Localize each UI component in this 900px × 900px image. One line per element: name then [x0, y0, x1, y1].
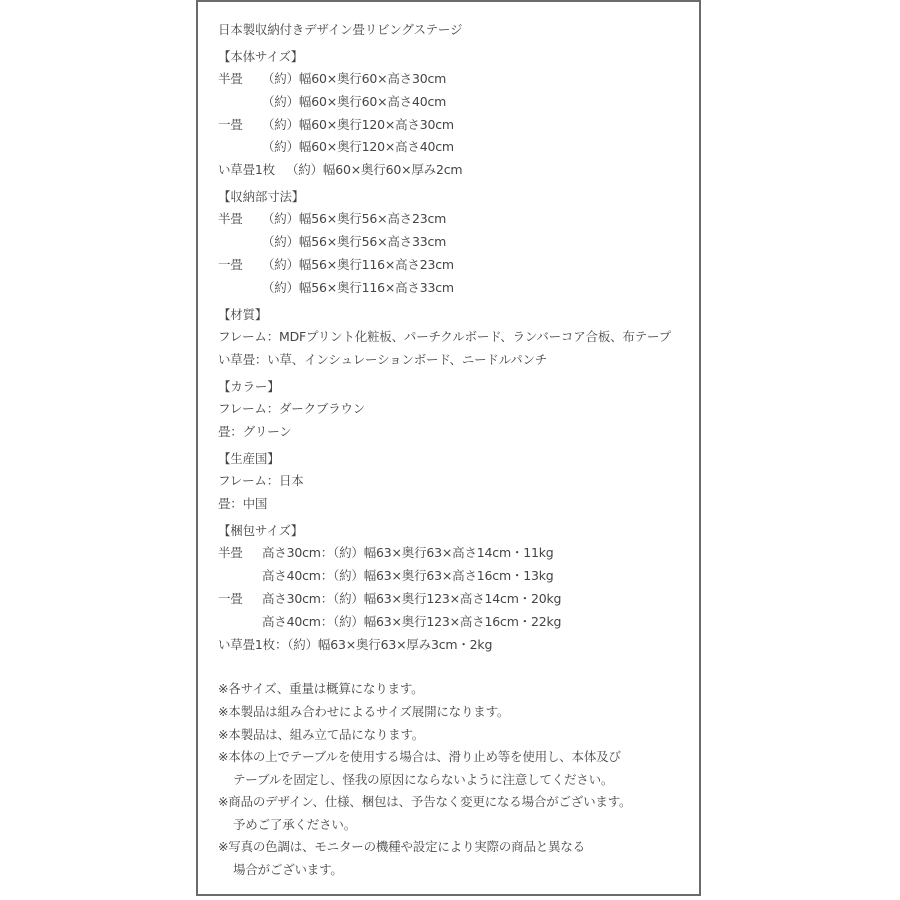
spec-row-value: （約）幅56×奥行116×高さ33cm: [262, 280, 454, 296]
note: ※各サイズ、重量は概算になります。: [218, 681, 423, 697]
note-continuation: テーブルを固定し、怪我の原因にならないように注意してください。: [233, 772, 613, 788]
spec-row-value: 高さ30cm：（約）幅63×奥行63×高さ14cm・11kg: [262, 545, 554, 561]
spec-row-value: 高さ40cm：（約）幅63×奥行63×高さ16cm・13kg: [262, 568, 554, 584]
spec-row-label: 一畳: [218, 257, 243, 273]
spec-row-value: 高さ30cm：（約）幅63×奥行123×高さ14cm・20kg: [262, 591, 561, 607]
section-heading-material: 【材質】: [218, 307, 267, 323]
spec-row-label: 半畳: [218, 211, 243, 227]
material-frame: フレーム：MDFプリント化粧板、パーチクルボード、ランバーコア合板、布テープ: [218, 329, 671, 345]
note-continuation: 予めご了承ください。: [233, 817, 356, 833]
spec-row-label: 一畳: [218, 117, 243, 133]
spec-row-value: （約）幅56×奥行56×高さ23cm: [262, 211, 446, 227]
spec-row-label: 半畳: [218, 71, 243, 87]
spec-row-value: い草畳1枚：（約）幅63×奥行63×厚み3cm・2kg: [218, 637, 492, 653]
section-heading-body-size: 【本体サイズ】: [218, 49, 303, 65]
origin-frame: フレーム：日本: [218, 473, 304, 489]
note: ※本製品は、組み立て品になります。: [218, 727, 424, 743]
section-heading-origin: 【生産国】: [218, 451, 280, 467]
spec-row-label: 一畳: [218, 591, 243, 607]
spec-row-value: （約）幅60×奥行60×高さ30cm: [262, 71, 446, 87]
spec-row-label: 半畳: [218, 545, 243, 561]
spec-row-value: （約）幅56×奥行116×高さ23cm: [262, 257, 454, 273]
spec-row-value: （約）幅60×奥行60×高さ40cm: [262, 94, 446, 110]
spec-row-value: （約）幅60×奥行120×高さ40cm: [262, 139, 454, 155]
color-frame: フレーム：ダークブラウン: [218, 401, 365, 417]
section-heading-package-size: 【梱包サイズ】: [218, 523, 303, 539]
note: ※写真の色調は、モニターの機種や設定により実際の商品と異なる: [218, 839, 585, 855]
spec-row-value: （約）幅60×奥行120×高さ30cm: [262, 117, 454, 133]
spec-row-value: （約）幅60×奥行60×厚み2cm: [286, 162, 462, 178]
note: ※本体の上でテーブルを使用する場合は、滑り止め等を使用し、本体及び: [218, 749, 621, 765]
section-heading-color: 【カラー】: [218, 379, 280, 395]
note: ※本製品は組み合わせによるサイズ展開になります。: [218, 704, 509, 720]
origin-tatami: 畳：中国: [218, 496, 267, 512]
material-tatami: い草畳：い草、インシュレーションボード、ニードルパンチ: [218, 352, 547, 368]
spec-row-label: い草畳1枚: [218, 162, 275, 178]
note-continuation: 場合がございます。: [233, 862, 343, 878]
spec-row-value: （約）幅56×奥行56×高さ33cm: [262, 234, 446, 250]
color-tatami: 畳：グリーン: [218, 424, 292, 440]
spec-row-value: 高さ40cm：（約）幅63×奥行123×高さ16cm・22kg: [262, 614, 561, 630]
product-title: 日本製収納付きデザイン畳リビングステージ: [218, 22, 462, 38]
note: ※商品のデザイン、仕様、梱包は、予告なく変更になる場合がございます。: [218, 794, 631, 810]
section-heading-storage-size: 【収納部寸法】: [218, 189, 304, 205]
